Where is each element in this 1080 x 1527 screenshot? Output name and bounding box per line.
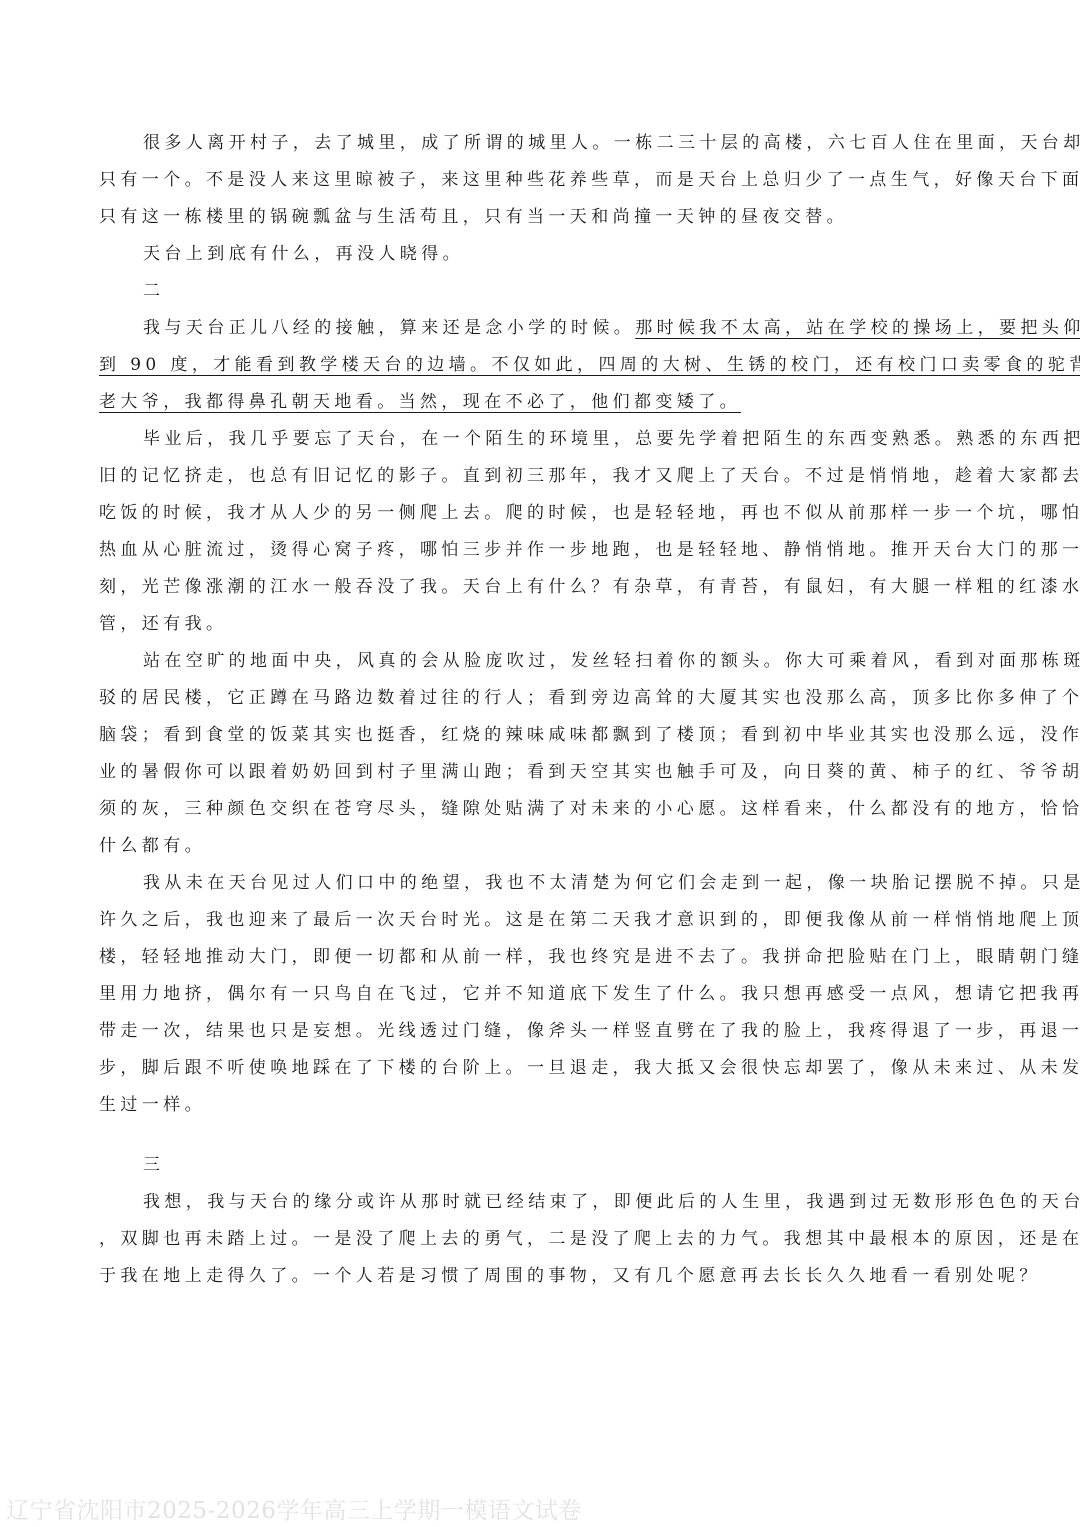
paragraph-line: 刻，光芒像涨潮的江水一般吞没了我。天台上有什么？有杂草，有青苔，有鼠妇，有大腿一… bbox=[99, 569, 989, 606]
watermark-footer: 辽宁省沈阳市2025-2026学年高三上学期一模语文试卷 bbox=[6, 1492, 582, 1525]
paragraph-line: 老大爷，我都得鼻孔朝天地看。当然，现在不必了，他们都变矮了。 bbox=[99, 384, 989, 421]
underlined-text: 到 90 度，才能看到教学楼天台的边墙。不仅如此，四周的大树、生锈的校门，还有校… bbox=[99, 355, 1080, 375]
paragraph-line: 带走一次，结果也只是妄想。光线透过门缝，像斧头一样竖直劈在了我的脸上，我疼得退了… bbox=[99, 1013, 989, 1050]
paragraph-line: 吃饭的时候，我才从人少的另一侧爬上去。爬的时候，也是轻轻地，再也不似从前那样一步… bbox=[99, 495, 989, 532]
paragraph-line: 到 90 度，才能看到教学楼天台的边墙。不仅如此，四周的大树、生锈的校门，还有校… bbox=[99, 347, 989, 384]
paragraph-line: 驳的居民楼，它正蹲在马路边数着过往的行人；看到旁边高耸的大厦其实也没那么高，顶多… bbox=[99, 680, 989, 717]
paragraph-line: 站在空旷的地面中央，风真的会从脸庞吹过，发丝轻扫着你的额头。你大可乘着风，看到对… bbox=[99, 643, 989, 680]
paragraph-line: 天台上到底有什么，再没人晓得。 bbox=[99, 236, 989, 273]
paragraph-line: 里用力地挤，偶尔有一只鸟自在飞过，它并不知道底下发生了什么。我只想再感受一点风，… bbox=[99, 976, 989, 1013]
section-heading-2: 二 bbox=[99, 273, 989, 310]
paragraph-line: 热血从心脏流过，烫得心窝子疼，哪怕三步并作一步地跑，也是轻轻地、静悄悄地。推开天… bbox=[99, 532, 989, 569]
paragraph-line: 旧的记忆挤走，也总有旧记忆的影子。直到初三那年，我才又爬上了天台。不过是悄悄地，… bbox=[99, 458, 989, 495]
paragraph-line: 我想，我与天台的缘分或许从那时就已经结束了，即便此后的人生里，我遇到过无数形形色… bbox=[99, 1184, 989, 1221]
document-body: 很多人离开村子，去了城里，成了所谓的城里人。一栋二三十层的高楼，六七百人住在里面… bbox=[99, 125, 989, 1295]
underlined-text: 老大爷，我都得鼻孔朝天地看。当然，现在不必了，他们都变矮了。 bbox=[99, 392, 741, 412]
paragraph-line: 楼，轻轻地推动大门，即便一切都和从前一样，我也终究是进不去了。我拼命把脸贴在门上… bbox=[99, 939, 989, 976]
paragraph-line: 须的灰，三种颜色交织在苍穹尽头，缝隙处贴满了对未来的小心愿。这样看来，什么都没有… bbox=[99, 791, 989, 828]
paragraph-line: 脑袋；看到食堂的饭菜其实也挺香，红烧的辣味咸味都飘到了楼顶；看到初中毕业其实也没… bbox=[99, 717, 989, 754]
paragraph-line: 只有一个。不是没人来这里晾被子，来这里种些花养些草，而是天台上总归少了一点生气，… bbox=[99, 162, 989, 199]
paragraph-line: 毕业后，我几乎要忘了天台，在一个陌生的环境里，总要先学着把陌生的东西变熟悉。熟悉… bbox=[99, 421, 989, 458]
paragraph-line: 步，脚后跟不听使唤地踩在了下楼的台阶上。一旦退走，我大抵又会很快忘却罢了，像从未… bbox=[99, 1050, 989, 1087]
paragraph-line: 生过一样。 bbox=[99, 1087, 989, 1124]
plain-text: 我与天台正儿八经的接触，算来还是念小学的时候。 bbox=[143, 318, 635, 338]
section-heading-3: 三 bbox=[99, 1147, 989, 1184]
paragraph-line: 什么都有。 bbox=[99, 828, 989, 865]
paragraph-line: 管，还有我。 bbox=[99, 606, 989, 643]
paragraph-line: 很多人离开村子，去了城里，成了所谓的城里人。一栋二三十层的高楼，六七百人住在里面… bbox=[99, 125, 989, 162]
paragraph-line: 我与天台正儿八经的接触，算来还是念小学的时候。那时候我不太高，站在学校的操场上，… bbox=[99, 310, 989, 347]
paragraph-line: 于我在地上走得久了。一个人若是习惯了周围的事物，又有几个愿意再去长长久久地看一看… bbox=[99, 1258, 989, 1295]
paragraph-line: 许久之后，我也迎来了最后一次天台时光。这是在第二天我才意识到的，即便我像从前一样… bbox=[99, 902, 989, 939]
paragraph-line: ，双脚也再未踏上过。一是没了爬上去的勇气，二是没了爬上去的力气。我想其中最根本的… bbox=[99, 1221, 989, 1258]
underlined-text: 那时候我不太高，站在学校的操场上，要把头仰 bbox=[635, 318, 1080, 338]
paragraph-line: 我从未在天台见过人们口中的绝望，我也不太清楚为何它们会走到一起，像一块胎记摆脱不… bbox=[99, 865, 989, 902]
paragraph-line: 业的暑假你可以跟着奶奶回到村子里满山跑；看到天空其实也触手可及，向日葵的黄、柿子… bbox=[99, 754, 989, 791]
paragraph-line: 只有这一栋楼里的锅碗瓢盆与生活苟且，只有当一天和尚撞一天钟的昼夜交替。 bbox=[99, 199, 989, 236]
